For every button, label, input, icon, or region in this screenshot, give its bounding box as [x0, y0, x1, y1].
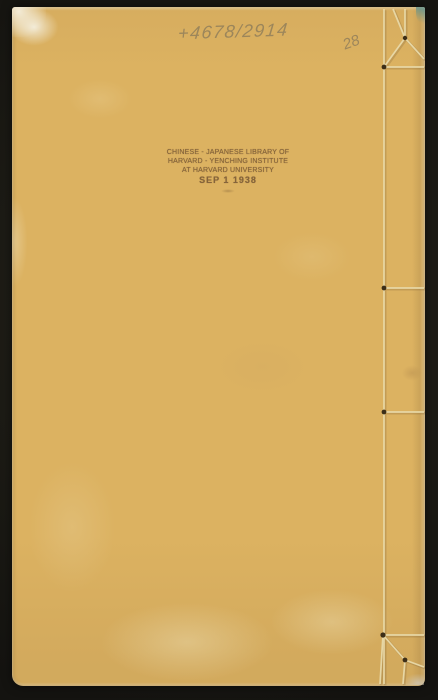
- worn-corner-top-left: [12, 7, 46, 37]
- stamp-smudge: [221, 189, 235, 193]
- binding-stitches: [12, 7, 425, 686]
- handwritten-call-number: +4678/2914: [177, 19, 314, 45]
- photo-backdrop: +4678/2914 28 CHINESE - JAPANESE LIBRARY…: [0, 0, 438, 700]
- library-stamp: CHINESE - JAPANESE LIBRARY OF HARVARD - …: [163, 148, 293, 193]
- stamp-line-1: CHINESE - JAPANESE LIBRARY OF: [163, 148, 293, 157]
- pencil-corner-mark: 28: [341, 32, 362, 54]
- stamp-date: SEP 1 1938: [163, 175, 293, 186]
- stamp-line-3: AT HARVARD UNIVERSITY: [163, 166, 293, 175]
- stitch-holes: [380, 36, 407, 663]
- stamp-line-2: HARVARD - YENCHING INSTITUTE: [163, 157, 293, 166]
- book-cover: +4678/2914 28 CHINESE - JAPANESE LIBRARY…: [12, 7, 425, 686]
- worn-corner-bottom-right: [404, 674, 424, 685]
- teal-corner-patch: [416, 7, 425, 24]
